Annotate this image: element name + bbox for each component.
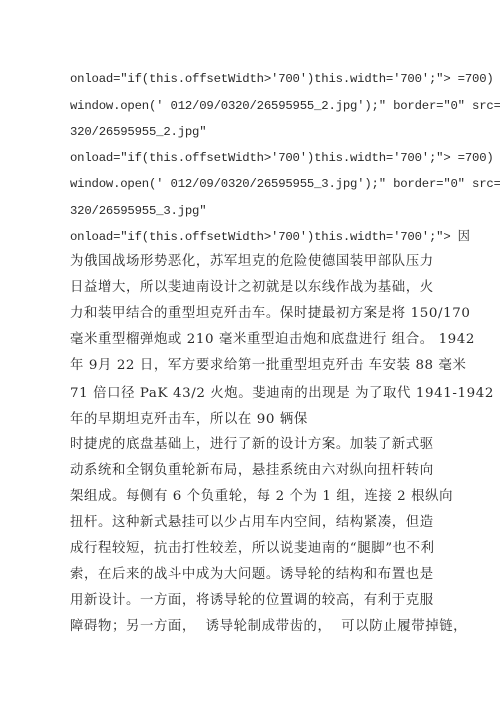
text-line: 用新设计。一方面，将诱导轮的位置调的较高，有利于克服 (70, 593, 434, 609)
text-line: 力和装甲结合的重型坦克歼击车。保时捷最初方案是将 150/170 (70, 306, 470, 322)
text-line: 年的早期坦克歼击车，所以在 90 辆保 (70, 412, 308, 428)
text-line: 年 9月 22 日，军方要求给第一批重型坦克歼击 车安装 88 毫米 (70, 358, 467, 374)
text-line: 成行程较短，抗击打性较差，所以说斐迪南的“腿脚”也不利 (70, 541, 435, 557)
text-line: onload="if(this.offsetWidth>'700')this.w… (70, 229, 470, 245)
text-line: 时捷虎的底盘基础上，进行了新的设计方案。加装了新式驱 (70, 437, 434, 453)
text-line: 71 倍口径 PaK 43/2 火炮。斐迪南的出现是 为了取代 1941-194… (70, 386, 494, 402)
text-line: onload="if(this.offsetWidth>'700')this.w… (70, 71, 494, 87)
text-line: 索，在后来的战斗中成为大问题。诱导轮的结构和布置也是 (70, 567, 434, 583)
text-line: 为俄国战场形势恶化，苏军坦克的危险使德国装甲部队压力 (70, 254, 434, 270)
text-line: 320/26595955_2.jpg" (70, 124, 206, 140)
text-line: window.open(' 012/09/0320/26595955_3.jpg… (70, 176, 500, 192)
text-line: 320/26595955_3.jpg" (70, 203, 206, 219)
text-line: 动系统和全钢负重轮新布局，悬挂系统由六对纵向扭杆转向 (70, 463, 434, 479)
text-line: window.open(' 012/09/0320/26595955_2.jpg… (70, 98, 500, 114)
text-line: 扭杆。这种新式悬挂可以少占用车内空间，结构紧凑，但造 (70, 515, 434, 531)
text-line: 毫米重型榴弹炮或 210 毫米重型迫击炮和底盘进行 组合。 1942 (70, 332, 475, 348)
text-line: onload="if(this.offsetWidth>'700')this.w… (70, 150, 494, 166)
text-line: 障碍物；另一方面， 诱导轮制成带齿的， 可以防止履带掉链， (70, 619, 467, 635)
document-page: onload="if(this.offsetWidth>'700')this.w… (0, 0, 500, 708)
text-line: 架组成。每侧有 6 个负重轮，每 2 个为 1 组，连接 2 根纵向 (70, 489, 453, 505)
text-line: 日益增大，所以斐迪南设计之初就是以东线作战为基础，火 (70, 280, 434, 296)
